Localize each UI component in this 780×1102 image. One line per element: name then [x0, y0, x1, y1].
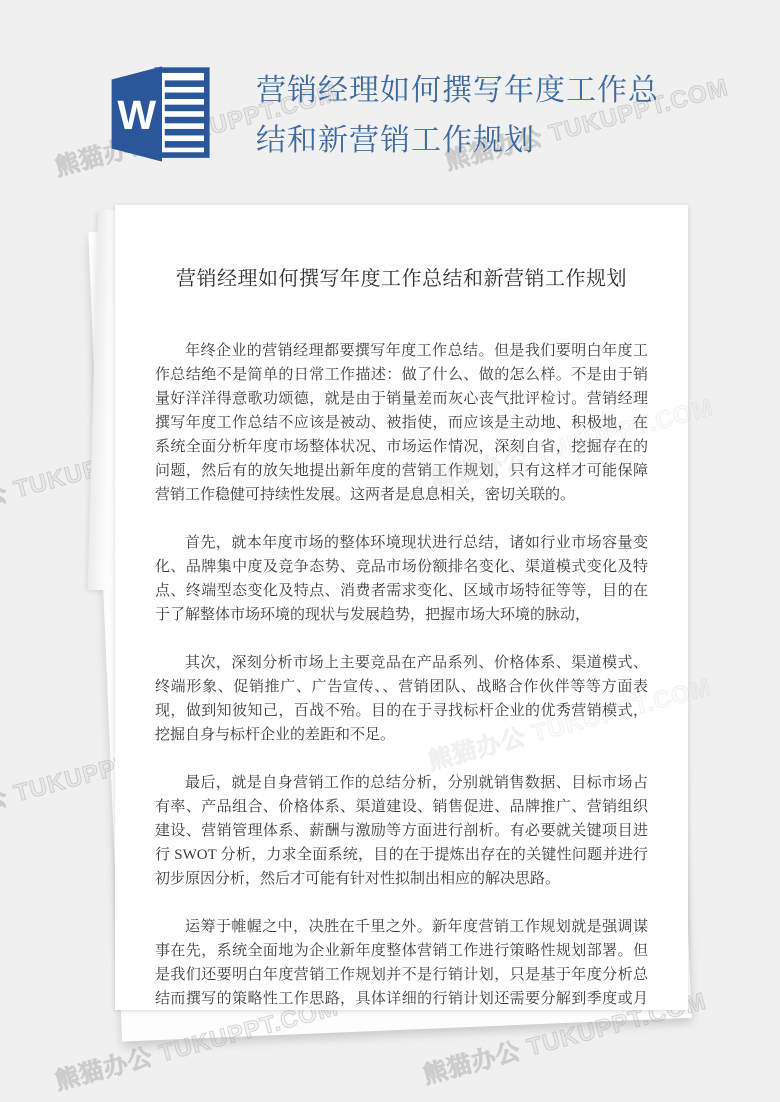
paragraph: 其次，深刻分析市场上主要竞品在产品系列、价格体系、渠道模式、终端形象、促销推广、…: [155, 651, 648, 747]
paragraph: 运筹于帷幄之中，决胜在千里之外。新年度营销工作规划就是强调谋事在先，系统全面地为…: [155, 915, 648, 1010]
document-body: 年终企业的营销经理都要撰写年度工作总结。但是我们要明白年度工作总结绝不是简单的日…: [155, 339, 648, 1010]
header-title-line-2: 结和新营销工作规划: [256, 116, 676, 166]
paragraph: 最后，就是自身营销工作的总结分析，分别就销售数据、目标市场占有率、产品组合、价格…: [155, 771, 648, 891]
document-title: 营销经理如何撰写年度工作总结和新营销工作规划: [155, 265, 648, 293]
document-header-title: 营销经理如何撰写年度工作总 结和新营销工作规划: [256, 66, 676, 166]
header-title-line-1: 营销经理如何撰写年度工作总: [256, 66, 676, 116]
header: W 营销经理如何撰写年度工作总 结和新营销工作规划: [0, 0, 780, 205]
document-page: 营销经理如何撰写年度工作总结和新营销工作规划 年终企业的营销经理都要撰写年度工作…: [115, 205, 688, 1010]
document-preview: 熊猫办公 TUKUPPT.COM熊猫办公 TUKUPPT.COM熊猫办公 TUK…: [0, 0, 780, 1102]
paragraph: 首先，就本年度市场的整体环境现状进行总结，诸如行业市场容量变化、品牌集中度及竞争…: [155, 531, 648, 627]
paragraph: 年终企业的营销经理都要撰写年度工作总结。但是我们要明白年度工作总结绝不是简单的日…: [155, 339, 648, 507]
word-icon-letter: W: [117, 92, 156, 138]
word-icon: W: [106, 58, 218, 170]
